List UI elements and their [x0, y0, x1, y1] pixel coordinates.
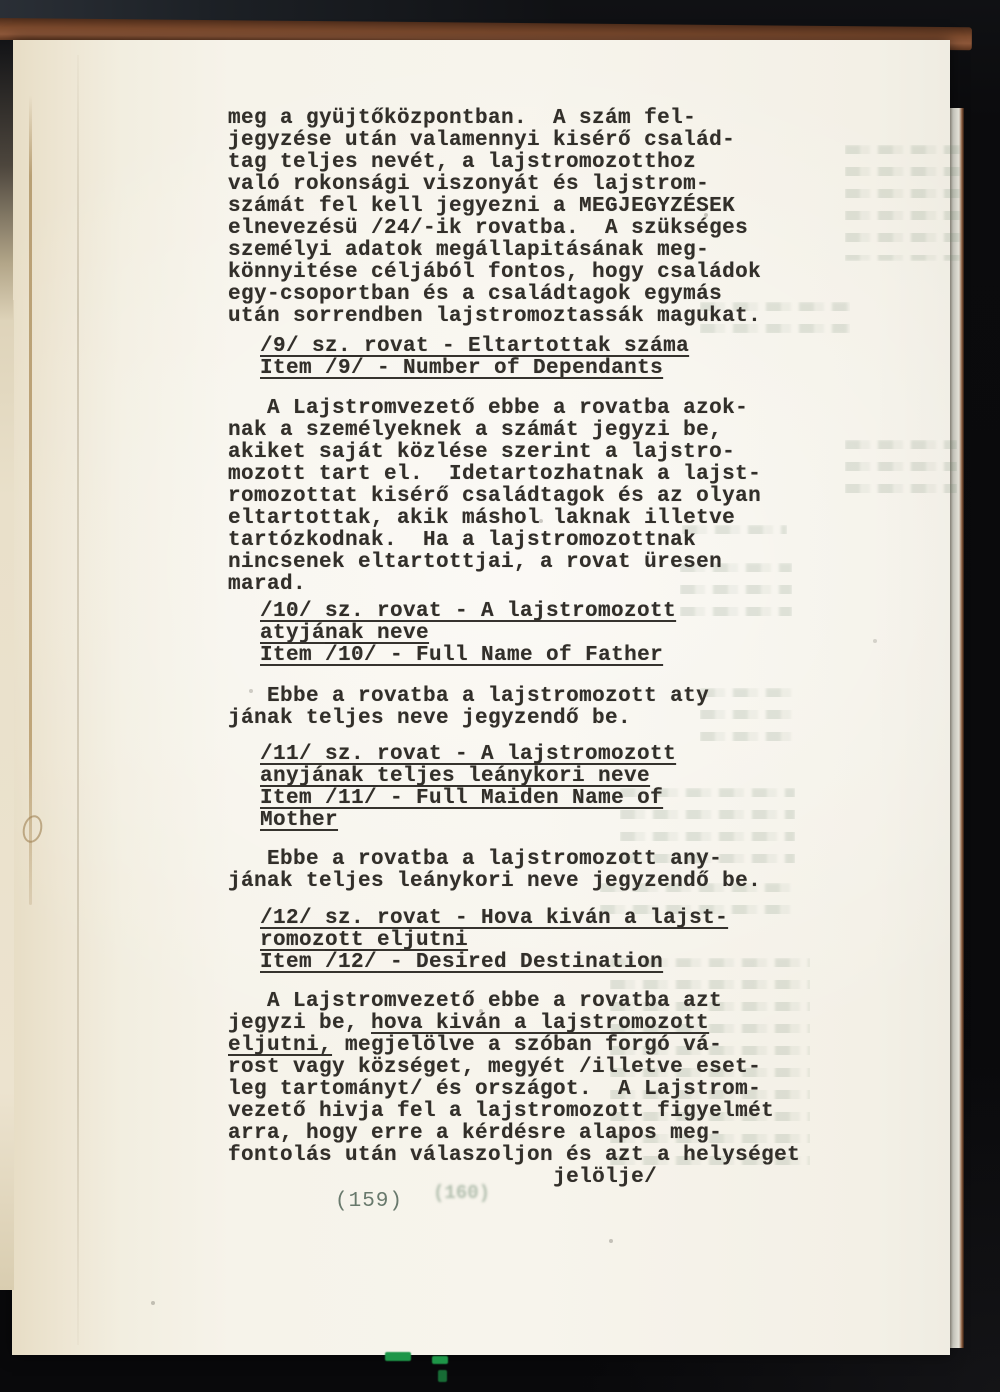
- gutter-shadow-top: [0, 40, 13, 320]
- section-11-body-text: Ebbe a rovatba a lajstromozott any- jána…: [228, 848, 761, 893]
- book-scan-photo: meg a gyüjtőközpontban. A szám fel- jegy…: [0, 0, 1000, 1392]
- gutter-crease: [77, 55, 79, 1345]
- green-mark: [438, 1370, 447, 1382]
- section-12-heading: /12/ sz. rovat - Hova kiván a lajst- rom…: [260, 908, 880, 974]
- section-11-item-label: Item: [260, 787, 325, 810]
- bleed-through-page-number: (160): [433, 1183, 490, 1203]
- section-11-title-hu: /11/ sz. rovat - A lajstromozott anyjána…: [260, 743, 676, 788]
- section-10-item-label: Item: [260, 644, 325, 667]
- section-9-body-text: A Lajstromvezető ebbe a rovatba azok- na…: [228, 397, 761, 596]
- section-9-item-label: Item: [260, 357, 325, 380]
- section-10-body-text: Ebbe a rovatba a lajstromozott aty jának…: [228, 685, 709, 730]
- section-11-item-number: /11/: [325, 787, 377, 810]
- section-12-title-hu: /12/ sz. rovat - Hova kiván a lajst- rom…: [260, 907, 728, 952]
- section-9-title-en: - Number of Dependants: [364, 357, 663, 380]
- green-mark: [385, 1352, 411, 1361]
- section-9-title-hu: /9/ sz. rovat - Eltartottak száma: [260, 335, 689, 358]
- green-mark: [432, 1356, 448, 1364]
- bleed-through-text: [845, 440, 957, 500]
- section-12-title-en: - Desired Destination: [377, 951, 663, 974]
- intro-paragraph: meg a gyüjtőközpontban. A szám fel- jegy…: [228, 108, 848, 328]
- section-12-item-number: /12/: [325, 951, 377, 974]
- section-11-heading: /11/ sz. rovat - A lajstromozott anyjána…: [260, 744, 880, 832]
- bleed-through-text: [845, 145, 961, 261]
- section-10-heading: /10/ sz. rovat - A lajstromozott atyjána…: [260, 601, 880, 667]
- section-12-item-label: Item: [260, 951, 325, 974]
- section-9-body: A Lajstromvezető ebbe a rovatba azok- na…: [228, 398, 848, 596]
- section-10-item-number: /10/: [325, 644, 377, 667]
- section-9-heading: /9/ sz. rovat - Eltartottak száma Item /…: [260, 336, 880, 380]
- section-9-item-number: /9/: [325, 357, 364, 380]
- intro-paragraph-text: meg a gyüjtőközpontban. A szám fel- jegy…: [228, 107, 761, 328]
- section-11-body: Ebbe a rovatba a lajstromozott any- jána…: [228, 849, 848, 893]
- gutter-paper-edge: [0, 300, 14, 1290]
- page-number: (159): [335, 1191, 403, 1213]
- page-stack-edge: [950, 108, 964, 1348]
- binding-crease: [29, 95, 32, 905]
- section-10-body: Ebbe a rovatba a lajstromozott aty jának…: [228, 686, 848, 730]
- section-12-body-end: megjelölve a szóban forgó vá- rost vagy …: [228, 1034, 800, 1189]
- section-10-title-en: - Full Name of Father: [377, 644, 663, 667]
- binding-thread: [20, 813, 45, 845]
- section-10-title-hu: /10/ sz. rovat - A lajstromozott atyjána…: [260, 600, 676, 645]
- section-12-body: A Lajstromvezető ebbe a rovatba azt jegy…: [228, 991, 848, 1189]
- page: meg a gyüjtőközpontban. A szám fel- jegy…: [12, 40, 950, 1355]
